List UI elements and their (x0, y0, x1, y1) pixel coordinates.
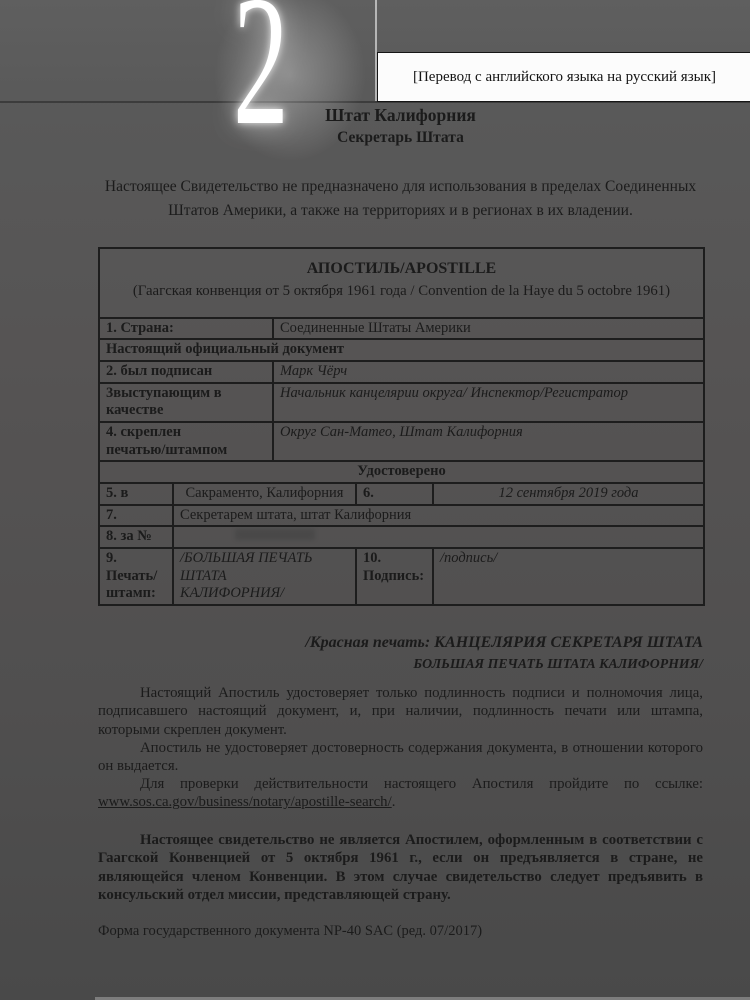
table-row: 9. Печать/ штамп: /БОЛЬШАЯ ПЕЧАТЬ ШТАТА … (99, 548, 704, 605)
acting-capacity-label: 3выступающим в качестве (99, 383, 273, 422)
non-apostille-notice: Настоящее свидетельство не является Апос… (98, 831, 703, 905)
table-row: АПОСТИЛЬ/APOSTILLE (Гаагская конвенция о… (99, 248, 704, 318)
table-row: 3выступающим в качестве Начальник канцел… (99, 383, 704, 422)
table-row: 7. Секретарем штата, штат Калифорния (99, 505, 704, 527)
certified-by-label: 7. (99, 505, 173, 527)
secretary-subtitle: Секретарь Штата (98, 129, 703, 147)
country-value: Соединенные Штаты Америки (273, 318, 704, 340)
certified-at-value: Сакраменто, Калифорния (173, 483, 356, 505)
bears-seal-value: Округ Сан-Матео, Штат Калифорния (273, 422, 704, 461)
red-seal-note: /Красная печать: КАНЦЕЛЯРИЯ СЕКРЕТАРЯ ШТ… (98, 634, 703, 672)
certified-header: Удостоверено (99, 461, 704, 483)
apostille-table: АПОСТИЛЬ/APOSTILLE (Гаагская конвенция о… (98, 247, 705, 606)
usage-disclaimer: Настоящее Свидетельство не предназначено… (98, 175, 703, 224)
signed-by-label: 2. был подписан (99, 361, 273, 383)
certified-by-value: Секретарем штата, штат Калифорния (173, 505, 704, 527)
official-document-line: Настоящий официальный документ (99, 339, 704, 361)
apostille-title: АПОСТИЛЬ/APOSTILLE (106, 259, 697, 279)
certified-at-label: 5. в (99, 483, 173, 505)
signature-value: /подпись/ (433, 548, 704, 605)
translation-note-text: [Перевод с английского языка на русский … (413, 69, 716, 86)
verification-period: . (392, 794, 396, 810)
apostille-certifies-paragraph: Настоящий Апостиль удостоверяет только п… (98, 684, 703, 739)
signed-by-value: Марк Чёрч (273, 361, 704, 383)
verification-text: Для проверки действительности настоящего… (140, 776, 703, 792)
legal-text-block: Настоящий Апостиль удостоверяет только п… (98, 684, 703, 940)
stamp-label: 9. Печать/ штамп: (99, 548, 173, 605)
translation-note-box: [Перевод с английского языка на русский … (377, 52, 750, 102)
stamp-value: /БОЛЬШАЯ ПЕЧАТЬ ШТАТА КАЛИФОРНИЯ/ (173, 548, 356, 605)
red-seal-note-line1: /Красная печать: КАНЦЕЛЯРИЯ СЕКРЕТАРЯ ШТ… (98, 634, 703, 652)
red-seal-note-line2: БОЛЬШАЯ ПЕЧАТЬ ШТАТА КАЛИФОРНИЯ/ (98, 656, 703, 672)
table-row: 5. в Сакраменто, Калифорния 6. 12 сентяб… (99, 483, 704, 505)
hague-convention-subtitle: (Гаагская конвенция от 5 октября 1961 го… (106, 282, 697, 300)
apostille-not-certify-paragraph: Апостиль не удостоверяет достоверность с… (98, 739, 703, 775)
table-row: Настоящий официальный документ (99, 339, 704, 361)
apostille-header-cell: АПОСТИЛЬ/APOSTILLE (Гаагская конвенция о… (99, 248, 704, 318)
table-row: 4. скреплен печатью/штампом Округ Сан-Ма… (99, 422, 704, 461)
redacted-number-smudge (235, 529, 315, 540)
certificate-number-label: 8. за № (99, 526, 173, 548)
table-row: Удостоверено (99, 461, 704, 483)
document-title-block: Штат Калифорния Секретарь Штата (98, 105, 703, 147)
certified-date-label: 6. (356, 483, 433, 505)
table-row: 8. за № (99, 526, 704, 548)
certified-date-value: 12 сентября 2019 года (433, 483, 704, 505)
document-body: Штат Калифорния Секретарь Штата Настояще… (98, 0, 703, 940)
signature-label: 10. Подпись: (356, 548, 433, 605)
certificate-number-value (173, 526, 704, 548)
form-number-footer: Форма государственного документа NP-40 S… (98, 922, 703, 940)
scanned-document-page: 2 [Перевод с английского языка на русски… (0, 0, 750, 1000)
table-row: 2. был подписан Марк Чёрч (99, 361, 704, 383)
bears-seal-label: 4. скреплен печатью/штампом (99, 422, 273, 461)
verification-paragraph: Для проверки действительности настоящего… (98, 775, 703, 811)
state-title: Штат Калифорния (98, 105, 703, 126)
acting-capacity-value: Начальник канцелярии округа/ Инспектор/Р… (273, 383, 704, 422)
country-label: 1. Страна: (99, 318, 273, 340)
apostille-search-link[interactable]: www.sos.ca.gov/business/notary/apostille… (98, 794, 392, 810)
table-row: 1. Страна: Соединенные Штаты Америки (99, 318, 704, 340)
